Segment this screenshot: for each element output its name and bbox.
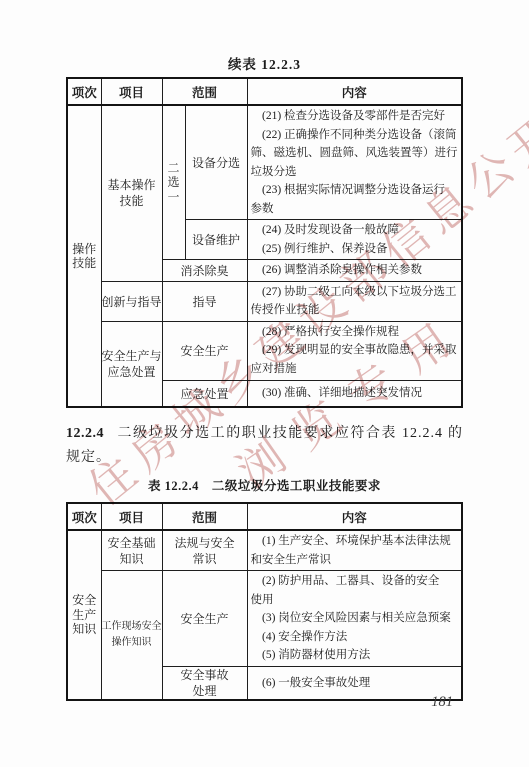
skills-table-continued: 项次 项目 范围 内容 操作 技能 基本操作 技能 二 选 一 设备分选 (21…	[66, 77, 463, 408]
t2-cell-category: 安全 生产 知识	[67, 530, 101, 700]
t2-cell-item-worksite-knowledge: 工作现场安全 操作知识	[101, 571, 162, 701]
clause-paragraph: 12.2.4二级垃圾分选工的职业技能要求应符合表 12.2.4 的规定。	[66, 422, 463, 470]
t1-cell-scope-emergency-response: 应急处置	[162, 380, 247, 407]
t2-cell-scope-safe-production: 安全生产	[162, 571, 247, 667]
t1-cell-scope-equipment-sorting: 设备分选	[185, 105, 247, 220]
t1-header-xiangmu: 项目	[101, 78, 162, 105]
t2-cell-content-6: (6) 一般安全事故处理	[247, 666, 462, 700]
t1-header-xiangci: 项次	[67, 78, 101, 105]
clause-number: 12.2.4	[66, 426, 104, 441]
t2-cell-scope-regulations: 法规与安全 常识	[162, 530, 247, 571]
table-row: 操作 技能 基本操作 技能 二 选 一 设备分选 (21) 检查分选设备及零部件…	[67, 105, 462, 220]
t2-header-fanwei: 范围	[162, 503, 247, 530]
t1-cell-category: 操作 技能	[67, 105, 101, 407]
t1-cell-item-safety-emergency: 安全生产与 应急处置	[101, 321, 162, 407]
continued-table-title: 续表 12.2.3	[66, 57, 463, 73]
t1-cell-choose-one: 二 选 一	[162, 105, 185, 260]
t2-header-neirong: 内容	[247, 503, 462, 530]
t1-cell-item-basic-skills: 基本操作 技能	[101, 105, 162, 281]
table-row: 安全生产与 应急处置 安全生产 (28) 严格执行安全操作规程 (29) 发现明…	[67, 321, 462, 380]
t1-cell-content-27: (27) 协助二级工向本级以下垃圾分选工 传授作业技能	[247, 281, 462, 321]
t2-header-xiangmu: 项目	[101, 503, 162, 530]
t2-cell-item-safety-basics: 安全基础 知识	[101, 530, 162, 571]
table-row: 创新与指导 指导 (27) 协助二级工向本级以下垃圾分选工 传授作业技能	[67, 281, 462, 321]
t1-cell-content-24-25: (24) 及时发现设备一般故障 (25) 例行维护、保养设备	[247, 220, 462, 260]
t2-header-xiangci: 项次	[67, 503, 101, 530]
t1-header-row: 项次 项目 范围 内容	[67, 78, 462, 105]
t1-cell-content-21-23: (21) 检查分选设备及零部件是否完好 (22) 正确操作不同种类分选设备（滚筒…	[247, 105, 462, 220]
document-page: 续表 12.2.3 项次 项目 范围 内容 操作 技能 基本操作 技能 二 选 …	[0, 0, 529, 767]
page-content: 续表 12.2.3 项次 项目 范围 内容 操作 技能 基本操作 技能 二 选 …	[66, 57, 463, 701]
table-caption: 表 12.2.4 二级垃圾分选工职业技能要求	[66, 478, 463, 495]
page-number: 181	[431, 694, 453, 711]
t1-cell-item-innovation-guidance: 创新与指导	[101, 281, 162, 321]
t1-cell-scope-guidance: 指导	[162, 281, 247, 321]
table-row: 工作现场安全 操作知识 安全生产 (2) 防护用品、工器具、设备的安全 使用 (…	[67, 571, 462, 667]
t1-cell-content-30: (30) 准确、详细地描述突发情况	[247, 380, 462, 407]
t2-header-row: 项次 项目 范围 内容	[67, 503, 462, 530]
t2-cell-scope-accident-handling: 安全事故 处理	[162, 666, 247, 700]
t1-header-neirong: 内容	[247, 78, 462, 105]
table-row: 安全 生产 知识 安全基础 知识 法规与安全 常识 (1) 生产安全、环境保护基…	[67, 530, 462, 571]
t1-cell-scope-deodorization: 消杀除臭	[162, 260, 247, 282]
t2-cell-content-2-5: (2) 防护用品、工器具、设备的安全 使用 (3) 岗位安全风险因素与相关应急预…	[247, 571, 462, 667]
clause-text: 二级垃圾分选工的职业技能要求应符合表 12.2.4 的规定。	[66, 426, 463, 465]
t1-header-fanwei: 范围	[162, 78, 247, 105]
t1-cell-content-28-29: (28) 严格执行安全操作规程 (29) 发现明显的安全事故隐患，并采取 应对措…	[247, 321, 462, 380]
t1-cell-content-26: (26) 调整消杀除臭操作相关参数	[247, 260, 462, 282]
t1-cell-scope-safe-production: 安全生产	[162, 321, 247, 380]
t2-cell-content-1: (1) 生产安全、环境保护基本法律法规 和安全生产常识	[247, 530, 462, 571]
skills-table-level2: 项次 项目 范围 内容 安全 生产 知识 安全基础 知识 法规与安全 常识 (1…	[66, 502, 463, 701]
t1-cell-scope-equipment-maintenance: 设备维护	[185, 220, 247, 260]
